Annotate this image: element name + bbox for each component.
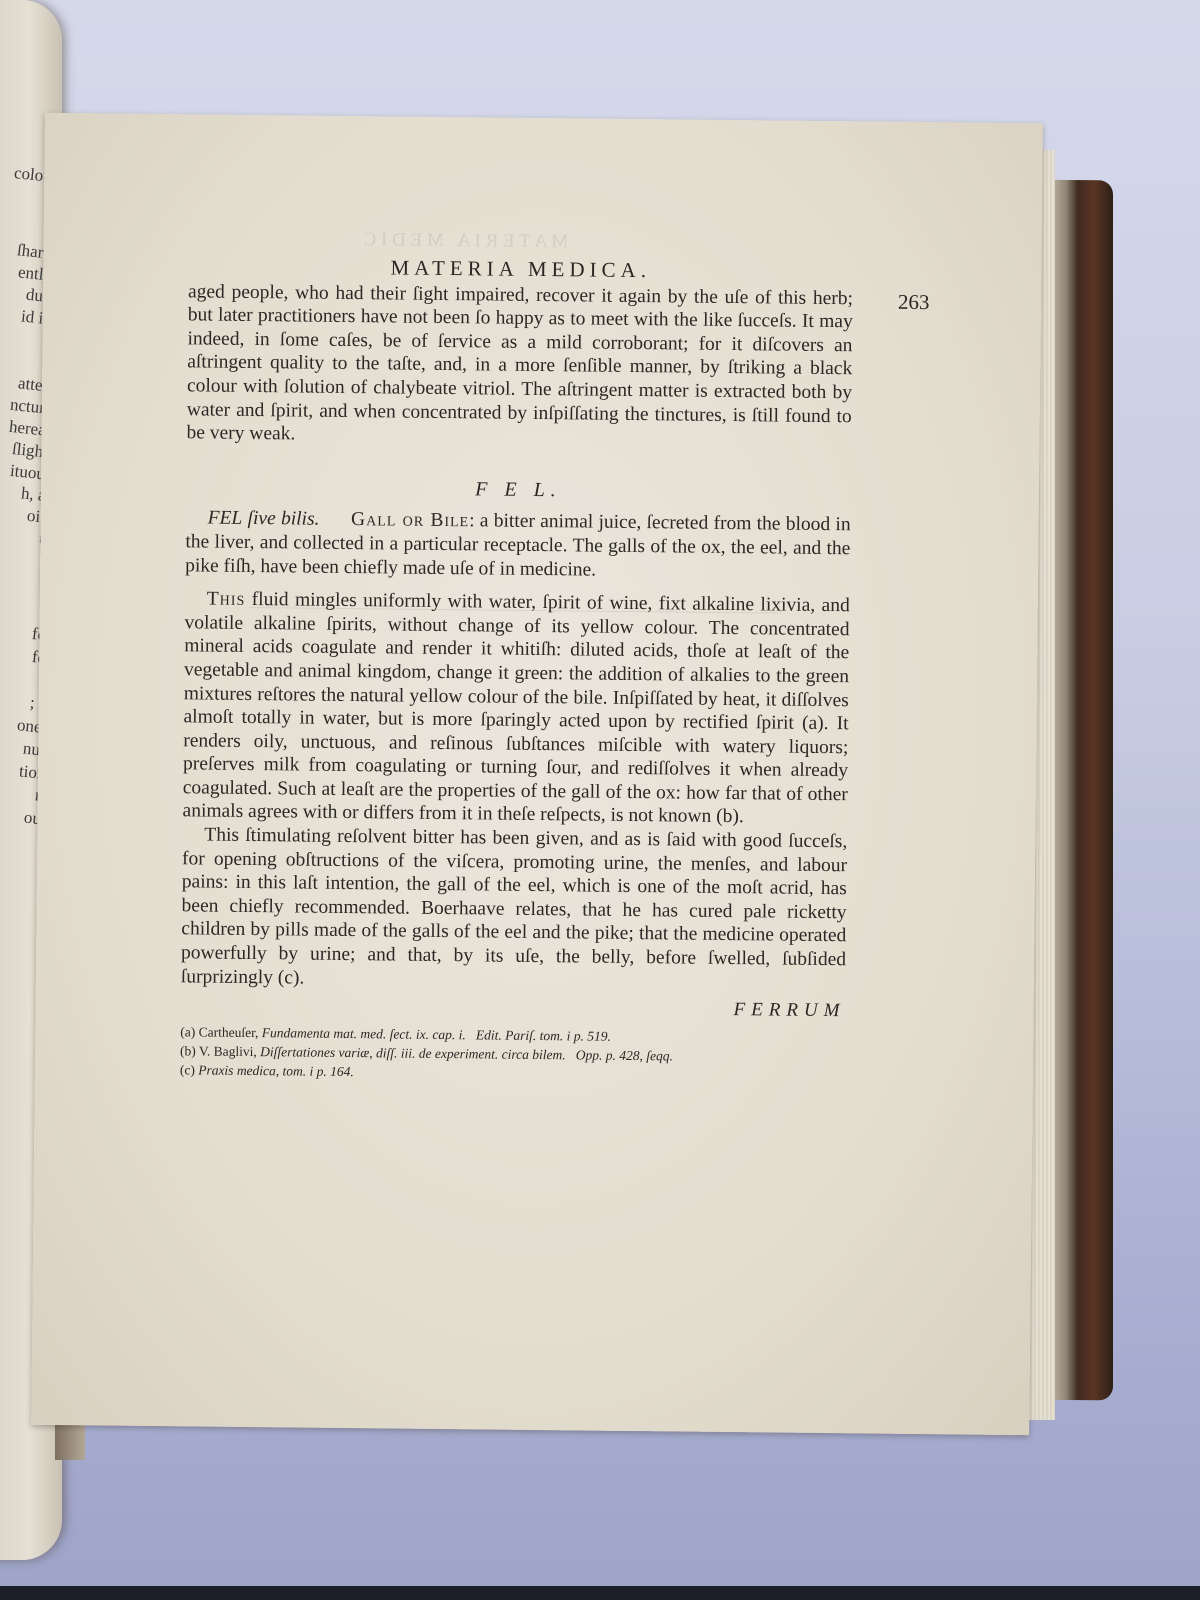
- uses-paragraph: This ſtimulating reſolvent bitter has be…: [181, 823, 848, 995]
- entry-latin: FEL: [208, 508, 243, 529]
- section-title: F E L.: [186, 475, 851, 506]
- table-edge: [0, 1586, 1200, 1600]
- show-through-text: M A T E R I A M E D I C: [363, 228, 568, 254]
- properties-paragraph: This fluid mingles uniformly with water,…: [182, 587, 849, 830]
- footnotes: (a) Cartheuſer, Fundamenta mat. med. ſec…: [180, 1022, 846, 1086]
- book-page: M A T E R I A M E D I C ————————————————…: [31, 113, 1043, 1435]
- catchword: FERRUM: [180, 992, 845, 1023]
- entry-english: Gall or Bile: [351, 509, 469, 531]
- page-number: 263: [898, 290, 930, 315]
- entry-latin-italic: ſive bilis.: [247, 508, 319, 530]
- para-lead: This: [207, 589, 246, 610]
- page-content: MATERIA MEDICA. aged people, who had the…: [180, 254, 854, 1086]
- entry-paragraph: FEL ſive bilis. Gall or Bile: a bitter a…: [185, 507, 851, 585]
- continuation-paragraph: aged people, who had their ſight impaire…: [186, 280, 853, 452]
- para-body: fluid mingles uniformly with water, ſpir…: [182, 589, 849, 828]
